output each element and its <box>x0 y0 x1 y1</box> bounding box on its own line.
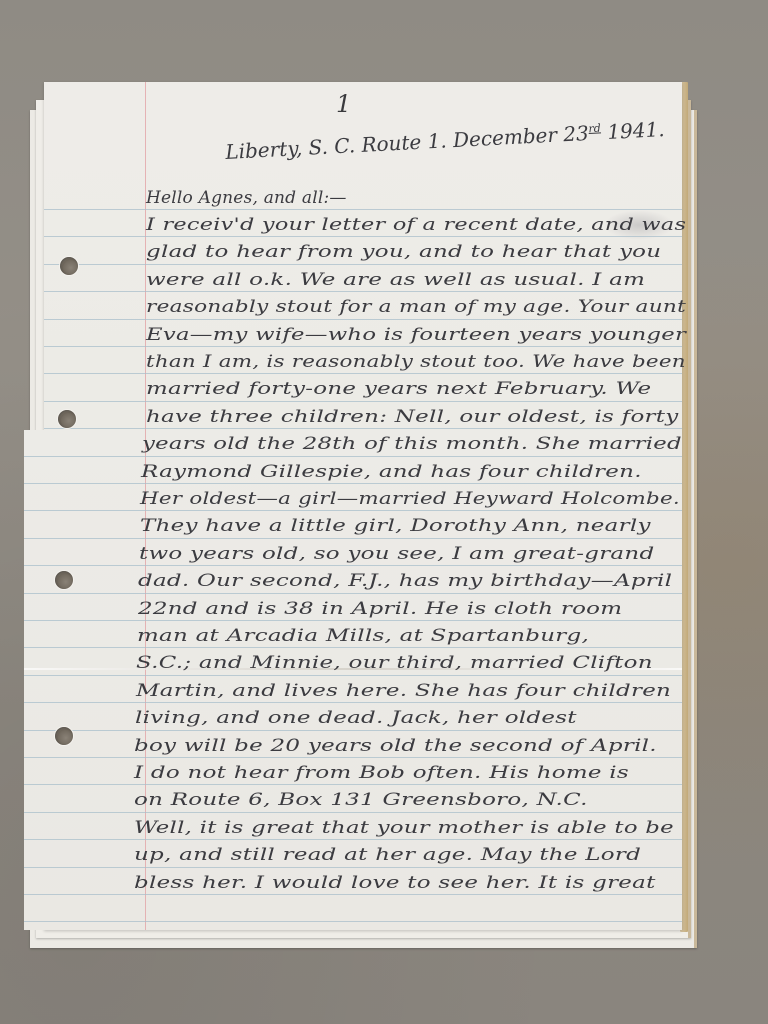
letter-line: boy will be 20 years old the second of A… <box>134 738 657 755</box>
binder-hole <box>55 571 73 589</box>
ruled-line <box>24 647 682 648</box>
date-suffix: rd <box>588 122 601 136</box>
letter-line: up, and still read at her age. May the L… <box>134 847 641 864</box>
letter-line: were all o.k. We are as well as usual. I… <box>146 272 645 289</box>
ruled-line <box>24 510 682 511</box>
binder-hole <box>55 727 73 745</box>
letter-line: on Route 6, Box 131 Greensboro, N.C. <box>134 792 588 809</box>
letter-line: Martin, and lives here. She has four chi… <box>136 683 671 700</box>
ruled-line <box>24 620 682 621</box>
letter-line: dad. Our second, F.J., has my birthday—A… <box>138 573 672 590</box>
letter-line: reasonably stout for a man of my age. Yo… <box>146 299 686 316</box>
ruled-line <box>44 319 682 320</box>
binder-hole <box>58 410 76 428</box>
salutation: Hello Agnes, and all:— <box>146 190 347 207</box>
ruled-line <box>24 894 682 895</box>
ruled-line <box>44 236 682 237</box>
ruled-line <box>44 291 682 292</box>
letter-line: I do not hear from Bob often. His home i… <box>134 765 629 782</box>
ruled-line <box>24 921 682 922</box>
ruled-line <box>24 757 682 758</box>
ruled-line <box>24 867 682 868</box>
letter-line: two years old, so you see, I am great-gr… <box>139 546 654 563</box>
letter-line: than I am, is reasonably stout too. We h… <box>146 354 686 371</box>
ruled-line <box>24 565 682 566</box>
letter-line: I receiv'd your letter of a recent date,… <box>146 217 686 234</box>
ruled-line <box>24 839 682 840</box>
ruled-line <box>24 456 682 457</box>
letter-line: years old the 28th of this month. She ma… <box>142 436 682 453</box>
ruled-line <box>24 675 682 676</box>
letter-line: Raymond Gillespie, and has four children… <box>141 464 642 481</box>
letter-line: Her oldest—a girl—married Heyward Holcom… <box>140 491 680 508</box>
ruled-line <box>44 346 682 347</box>
ruled-line <box>24 784 682 785</box>
ruled-line <box>24 812 682 813</box>
letter-line: Well, it is great that your mother is ab… <box>134 820 674 837</box>
ruled-line <box>44 401 682 402</box>
ruled-line <box>44 373 682 374</box>
letter-line: glad to hear from you, and to hear that … <box>146 244 661 261</box>
ruled-line <box>44 209 682 210</box>
ruled-line <box>24 483 682 484</box>
letter-line: have three children: Nell, our oldest, i… <box>146 409 679 426</box>
ruled-line <box>44 264 682 265</box>
ruled-line <box>24 702 682 703</box>
page-number: 1 <box>336 90 351 118</box>
letter-line: Eva—my wife—who is fourteen years younge… <box>146 327 686 344</box>
letter-line: bless her. I would love to see her. It i… <box>134 875 656 892</box>
binder-hole <box>60 257 78 275</box>
letter-line: 22nd and is 38 in April. He is cloth roo… <box>138 601 622 618</box>
ruled-line <box>24 538 682 539</box>
letter-line: They have a little girl, Dorothy Ann, ne… <box>140 518 651 535</box>
letter-line: married forty-one years next February. W… <box>146 381 651 398</box>
date-year: 1941. <box>607 117 665 144</box>
letter-line: S.C.; and Minnie, our third, married Cli… <box>136 655 653 672</box>
letter-line: man at Arcadia Mills, at Spartanburg, <box>137 628 589 645</box>
ruled-line <box>24 593 682 594</box>
ruled-line <box>24 730 682 731</box>
letter-line: living, and one dead. Jack, her oldest <box>135 710 577 727</box>
